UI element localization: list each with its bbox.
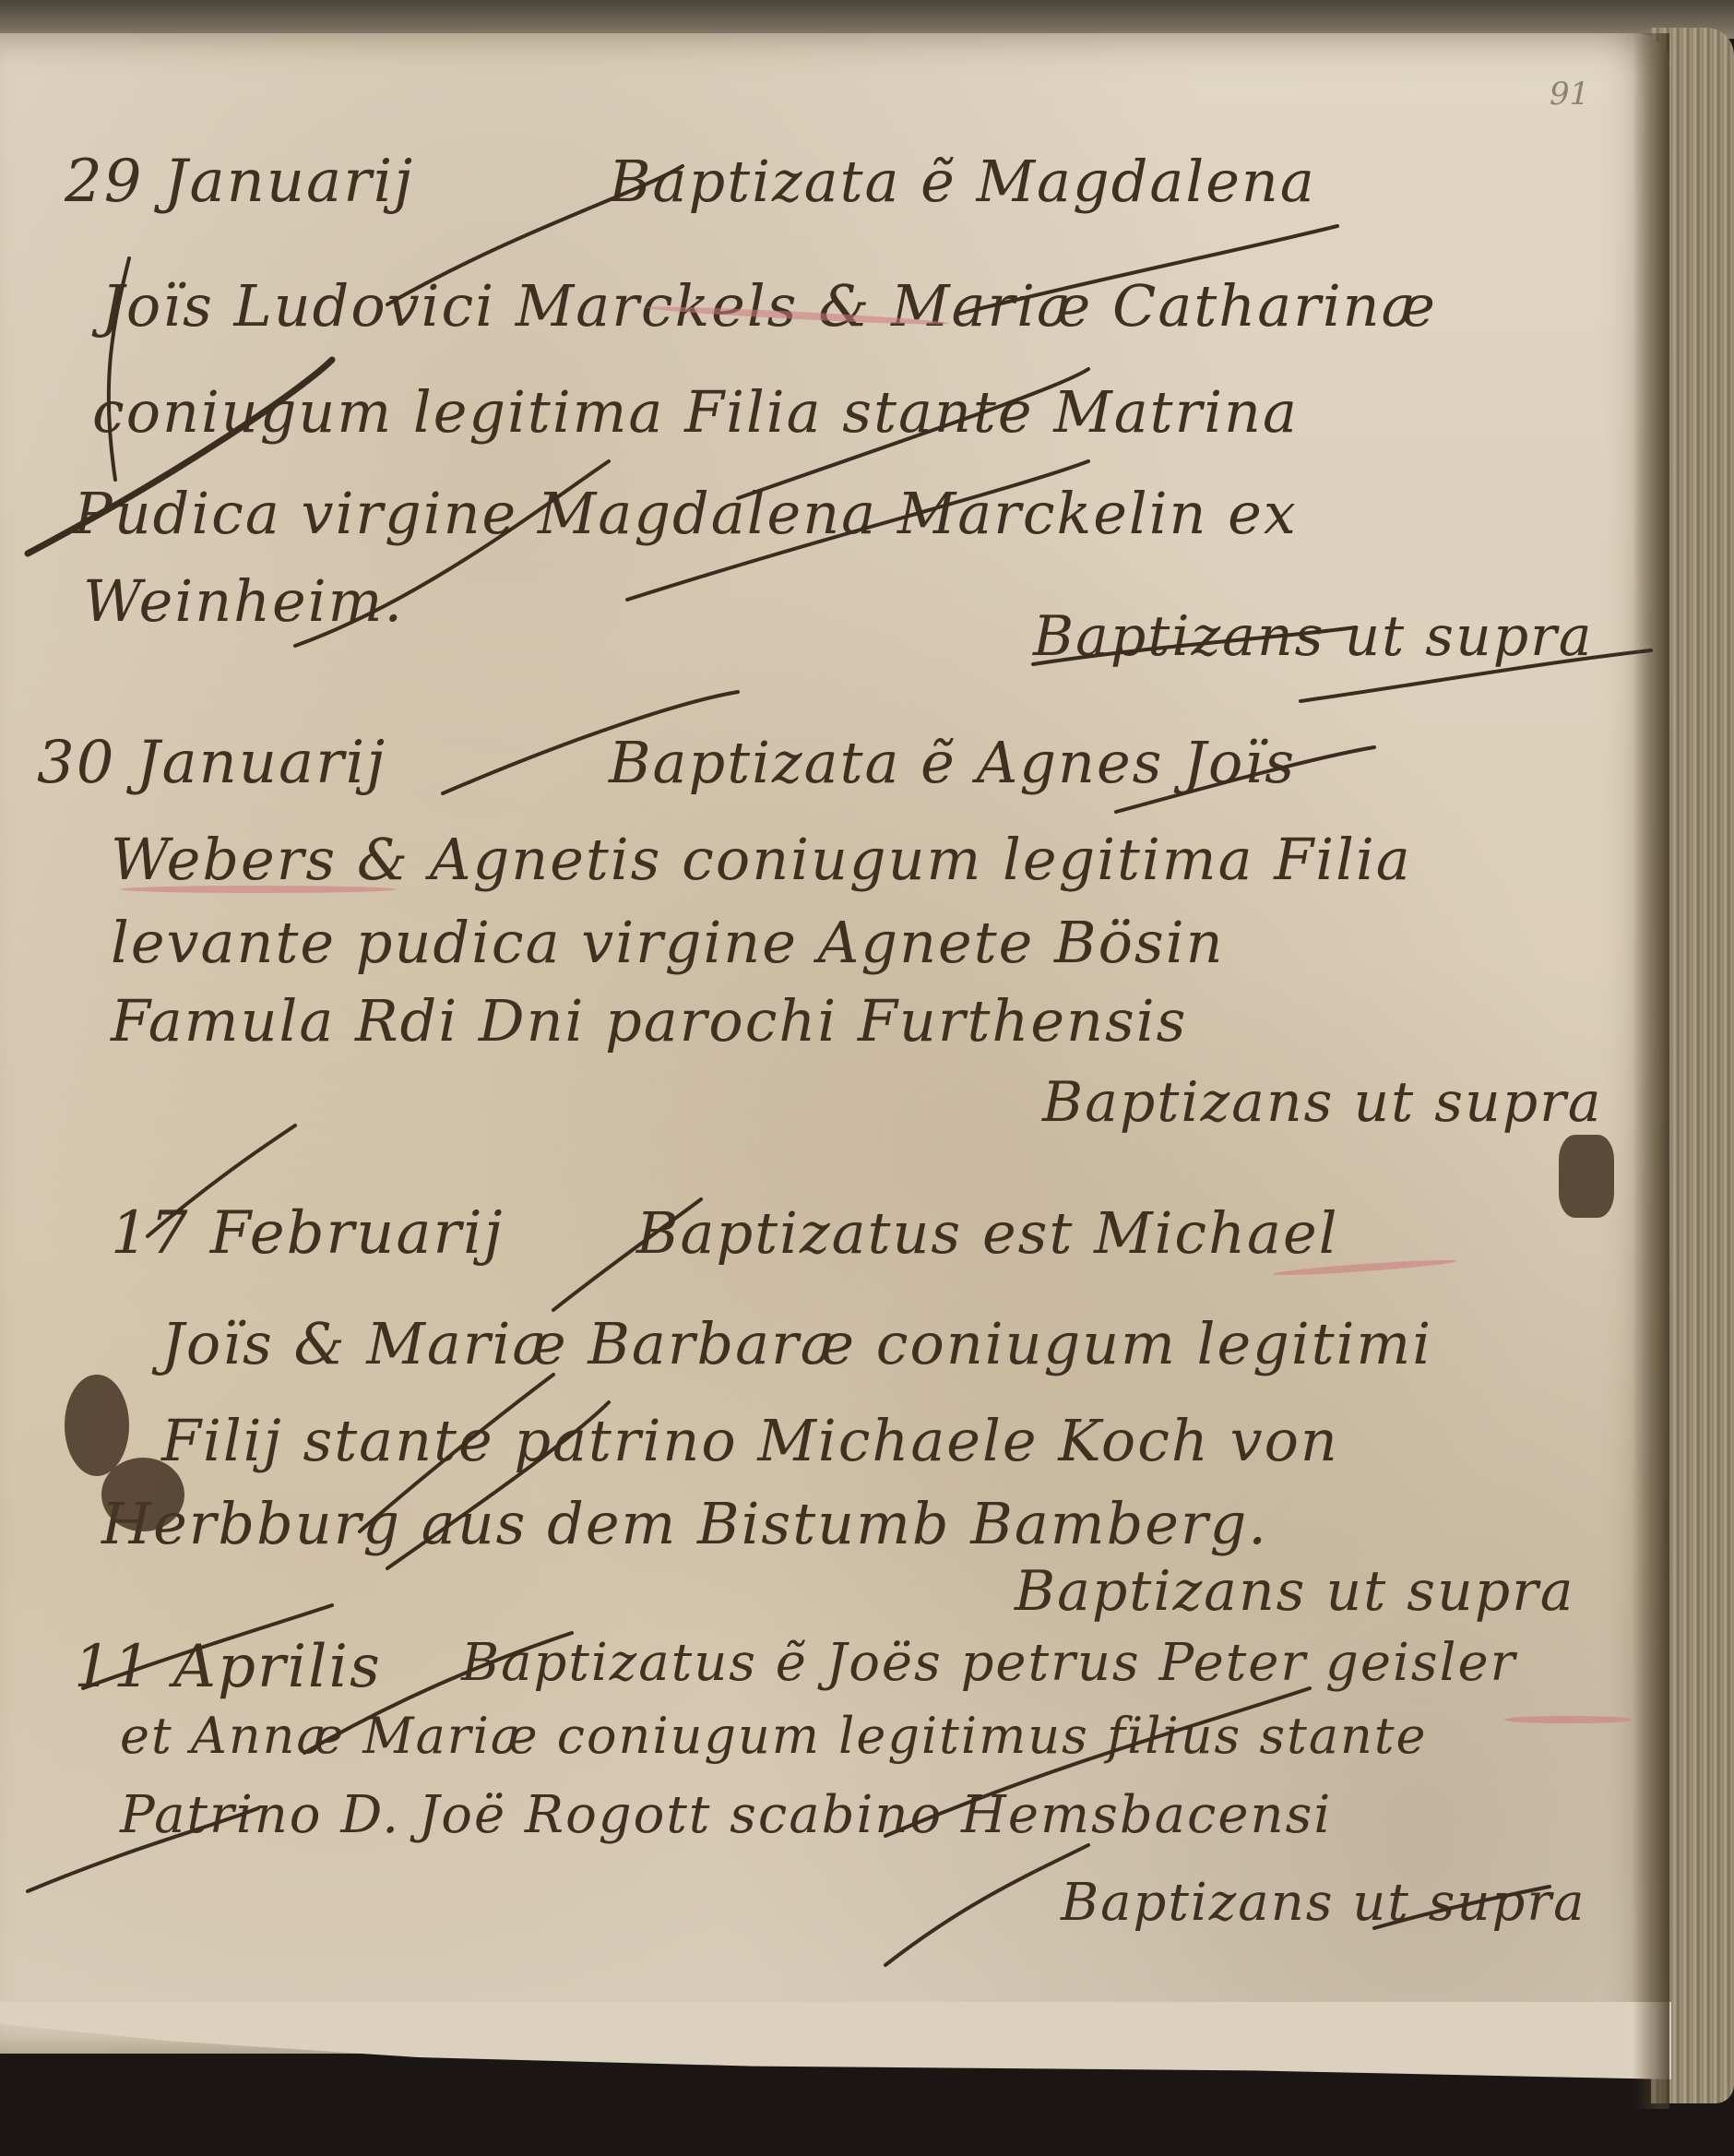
page-bottom-curve [0, 2002, 1671, 2113]
ink-blot [65, 1375, 129, 1476]
entry-line: Baptizata ẽ Agnes Joïs [609, 729, 1296, 796]
entry-line: Pudica virgine Magdalena Marckelin ex [74, 480, 1298, 547]
entry-signature: Baptizans ut supra [1015, 1559, 1575, 1624]
red-underline-mark [120, 886, 397, 893]
entry-line: et Annæ Mariæ coniugum legitimus filius … [120, 1707, 1427, 1765]
ink-blot [101, 1458, 184, 1531]
entry-line: Baptizatus est Michael [636, 1199, 1339, 1267]
entry-line: Baptizatus ẽ Joës petrus Peter geisler [461, 1633, 1516, 1693]
entry-line: Weinheim. [83, 567, 404, 635]
entry-line: Baptizata ẽ Magdalena [609, 148, 1316, 215]
entry-line: coniugum legitima Filia stante Matrina [92, 378, 1299, 446]
entry-line: levante pudica virgine Agnete Bösin [111, 909, 1225, 976]
gutter-shadow [1633, 33, 1669, 2109]
entry-signature: Baptizans ut supra [1033, 604, 1594, 669]
entry-line: Webers & Agnetis coniugum legitima Filia [111, 826, 1412, 893]
entry-signature: Baptizans ut supra [1042, 1070, 1603, 1135]
entry-line: Filij stante patrino Michaele Koch von [161, 1407, 1339, 1474]
entry-line: Joïs Ludovici Marckels & Mariæ Catharinæ [101, 272, 1437, 339]
entry-signature: Baptizans ut supra [1061, 1873, 1586, 1933]
entry-line: Herbburg aus dem Bistumb Bamberg. [101, 1490, 1268, 1557]
entry-date: 29 Januarij [65, 148, 414, 216]
entry-line: Famula Rdi Dni parochi Furthensis [111, 987, 1187, 1054]
ink-blot [1559, 1135, 1614, 1218]
page-number: 91 [1550, 76, 1589, 113]
entry-line: Patrino D. Joë Rogott scabino Hemsbacens… [120, 1785, 1332, 1845]
entry-line: Joïs & Mariæ Barbaræ coniugum legitimi [161, 1310, 1432, 1377]
entry-date: 17 Februarij [111, 1199, 504, 1268]
entry-date: 11 Aprilis [74, 1633, 382, 1701]
entry-date: 30 Januarij [37, 729, 386, 797]
red-underline-mark [1503, 1716, 1633, 1723]
